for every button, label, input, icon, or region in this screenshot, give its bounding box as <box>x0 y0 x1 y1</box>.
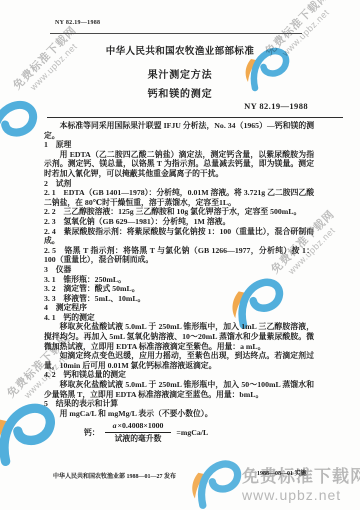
formula-denominator: 试液的毫升数 <box>105 434 172 444</box>
formula-variable-a: a <box>113 421 117 430</box>
upbz-logo-icon <box>0 96 38 163</box>
doc-title: 果汁测定方法 <box>0 66 360 81</box>
scanned-standard-document-page: 免费标准下载网 www.upbz.net 免费标准下载网 www.upbz.ne… <box>0 0 360 510</box>
clause-item: 2. 5 铬黑 T 指示剂：将铬黑 T 与氯化钠（GB 1266—1977，分析… <box>44 246 314 265</box>
section-heading: 5 结果的表示和计算 <box>44 399 314 409</box>
clause-item: 3. 3 移液管：5mL、10mL。 <box>44 294 314 304</box>
body-paragraph: 移取灰化盐酸试液 5.0mL 于 250mL 锥形瓶中，加入 1mL 三乙醇胺溶… <box>44 322 314 351</box>
formula-label: 钙： <box>84 428 100 438</box>
formula-fraction: a×0.4008×1000 试液的毫升数 <box>105 421 172 443</box>
clause-item: 2. 1 EDTA（GB 1401—1978）：分析纯，0.01M 溶液。将 3… <box>44 188 314 207</box>
body-paragraph: 用 mgCa/L 和 mgMg/L 表示（不要小数位）。 <box>44 409 314 419</box>
body-paragraph: 移取灰化盐酸试液 5.0mL 于 250mL 锥形瓶中，加入 50～100mL … <box>44 380 314 399</box>
clause-item: 4. 2 钙和镁总量的测定 <box>44 370 314 380</box>
formula-numerator-factors: ×0.4008×1000 <box>118 421 164 430</box>
formula-numerator: a×0.4008×1000 <box>105 421 172 431</box>
header-rule-mid <box>47 117 343 118</box>
upbz-logo-icon <box>186 456 242 510</box>
section-heading: 4 测定程序 <box>44 303 314 313</box>
header-rule-top <box>50 33 302 34</box>
doc-number-right: NY 82.19—1988 <box>244 101 308 111</box>
doc-subtitle: 钙和镁的测定 <box>0 85 360 100</box>
footer-effective-date: 1988—08—01 实施 <box>257 468 307 477</box>
clause-item: 2. 4 紫尿酸胺指示剂：将紫尿酸胺与氯化钠按 1：100（重量比），混合研制而… <box>44 227 314 246</box>
section-heading: 2 试剂 <box>44 179 314 189</box>
doc-number-top-left: NY 82.19—1988 <box>55 20 100 26</box>
fraction-bar <box>105 432 172 433</box>
formula-result-unit: =mgCa/L <box>176 428 208 438</box>
section-heading: 1 原理 <box>44 140 314 150</box>
standard-org-title: 中华人民共和国农牧渔业部部标准 <box>0 43 360 57</box>
document-body: 本标准等同采用国际果汁联盟 IFJU 分析法，No. 34（1965）—钙和镁的… <box>44 121 314 444</box>
clause-item: 3. 2 滴定管：酸式 50mL。 <box>44 284 314 294</box>
section-heading: 3 仪器 <box>44 265 314 275</box>
body-paragraph: 用 EDTA（乙二胺四乙酸二钠盐）滴定法，测定钙含量，以紫尿酸胺为指示剂。测定钙… <box>44 150 314 179</box>
calcium-formula: 钙： a×0.4008×1000 试液的毫升数 =mgCa/L <box>84 421 314 443</box>
body-paragraph: 本标准等同采用国际果汁联盟 IFJU 分析法，No. 34（1965）—钙和镁的… <box>44 121 314 140</box>
body-paragraph: 如滴定终点变色迟缓，应用力摇动，至紫色出现，到达终点。若滴定剂过量，10min … <box>44 351 314 370</box>
footer-issued-by: 中华人民共和国农牧渔业部 1988—01—27 发布 <box>53 471 176 480</box>
clause-item: 2. 3 氢氧化钠（GB 629—1981）：分析纯，1M 溶液。 <box>44 217 314 227</box>
watermark-footer-brand: 免费标准下载网 www.upbz.net <box>186 456 360 510</box>
watermark-site-url: www.upbz.net <box>242 487 341 503</box>
clause-item: 3. 1 锥形瓶：250mL。 <box>44 275 314 285</box>
clause-item: 2. 2 三乙醇胺溶液：125g 三乙醇胺和 10g 氯化钾溶于水，定容至 50… <box>44 207 314 217</box>
